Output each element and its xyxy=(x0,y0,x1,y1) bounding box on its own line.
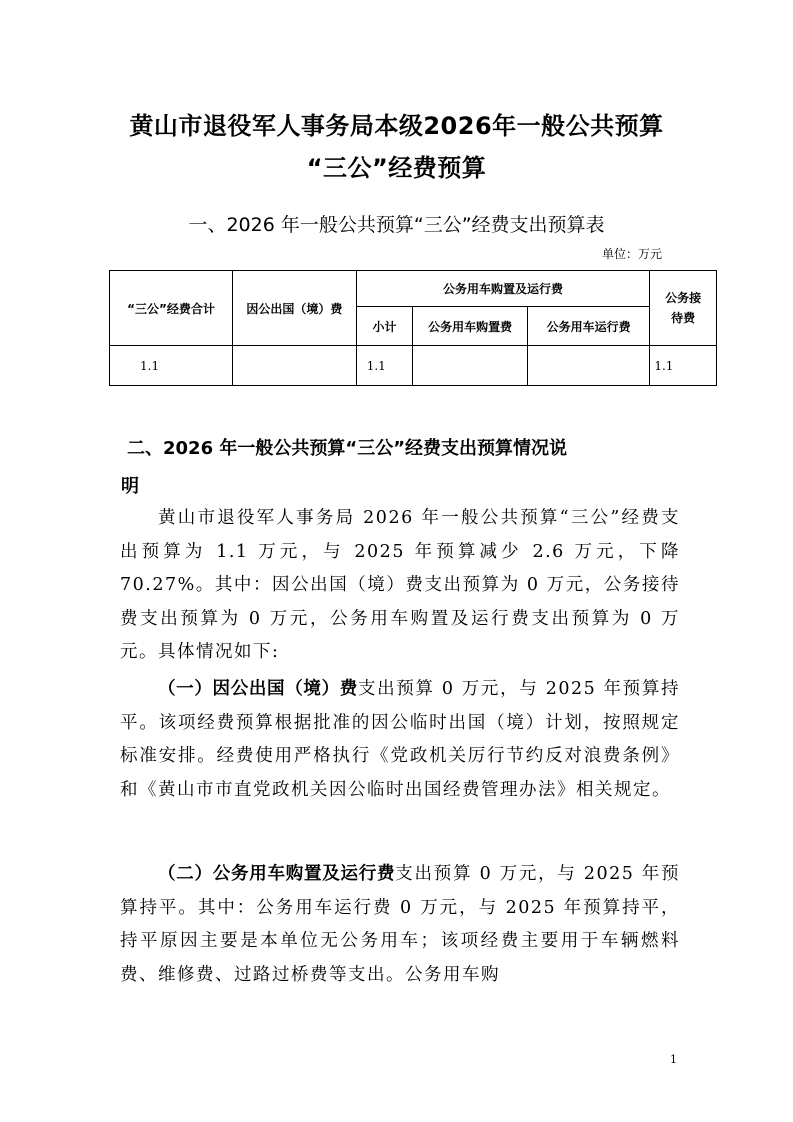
cell-vehicle-subtotal: 1.1 xyxy=(356,346,413,386)
paragraph-summary: 黄山市退役军人事务局 2026 年一般公共预算“三公”经费支出预算为 1.1 万… xyxy=(120,502,680,670)
header-reception-label: 公务接待费 xyxy=(663,288,703,328)
document-title-line1: 黄山市退役军人事务局本级2026年一般公共预算 xyxy=(0,106,793,141)
unit-label: 单位：万元 xyxy=(602,245,662,262)
document-title-line2: “三公”经费预算 xyxy=(0,148,793,183)
cell-vehicle-operation xyxy=(527,346,649,386)
header-vehicle-operation: 公务用车运行费 xyxy=(527,307,649,346)
paragraph-vehicle-heading: （二）公务用车购置及运行费 xyxy=(158,864,395,884)
header-overseas: 因公出国（境）费 xyxy=(232,271,356,346)
section1-heading: 一、2026 年一般公共预算“三公”经费支出预算表 xyxy=(0,210,793,237)
paragraph-vehicle: （二）公务用车购置及运行费支出预算 0 万元，与 2025 年预算持平。其中：公… xyxy=(120,858,680,992)
three-public-expenses-table: “三公”经费合计 因公出国（境）费 公务用车购置及运行费 公务接待费 小计 公务… xyxy=(109,270,717,386)
header-reception: 公务接待费 xyxy=(650,271,717,346)
section2-heading-line2: 明 xyxy=(121,468,677,506)
cell-total: 1.1 xyxy=(110,346,233,386)
cell-reception: 1.1 xyxy=(650,346,717,386)
page-number: 1 xyxy=(670,1053,677,1066)
paragraph-overseas: （一）因公出国（境）费支出预算 0 万元，与 2025 年预算持平。该项经费预算… xyxy=(120,673,680,807)
header-total: “三公”经费合计 xyxy=(110,271,233,346)
paragraph-overseas-heading: （一）因公出国（境）费 xyxy=(158,679,358,699)
cell-overseas xyxy=(232,346,356,386)
cell-vehicle-purchase xyxy=(413,346,528,386)
section2-heading: 二、2026 年一般公共预算“三公”经费支出预算情况说 明 xyxy=(127,430,677,506)
table-row: 1.1 1.1 1.1 xyxy=(110,346,717,386)
header-vehicle-subtotal: 小计 xyxy=(356,307,413,346)
section2-heading-line1: 二、2026 年一般公共预算“三公”经费支出预算情况说 xyxy=(127,438,567,459)
header-vehicle-purchase: 公务用车购置费 xyxy=(413,307,528,346)
header-vehicle-group: 公务用车购置及运行费 xyxy=(356,271,650,307)
